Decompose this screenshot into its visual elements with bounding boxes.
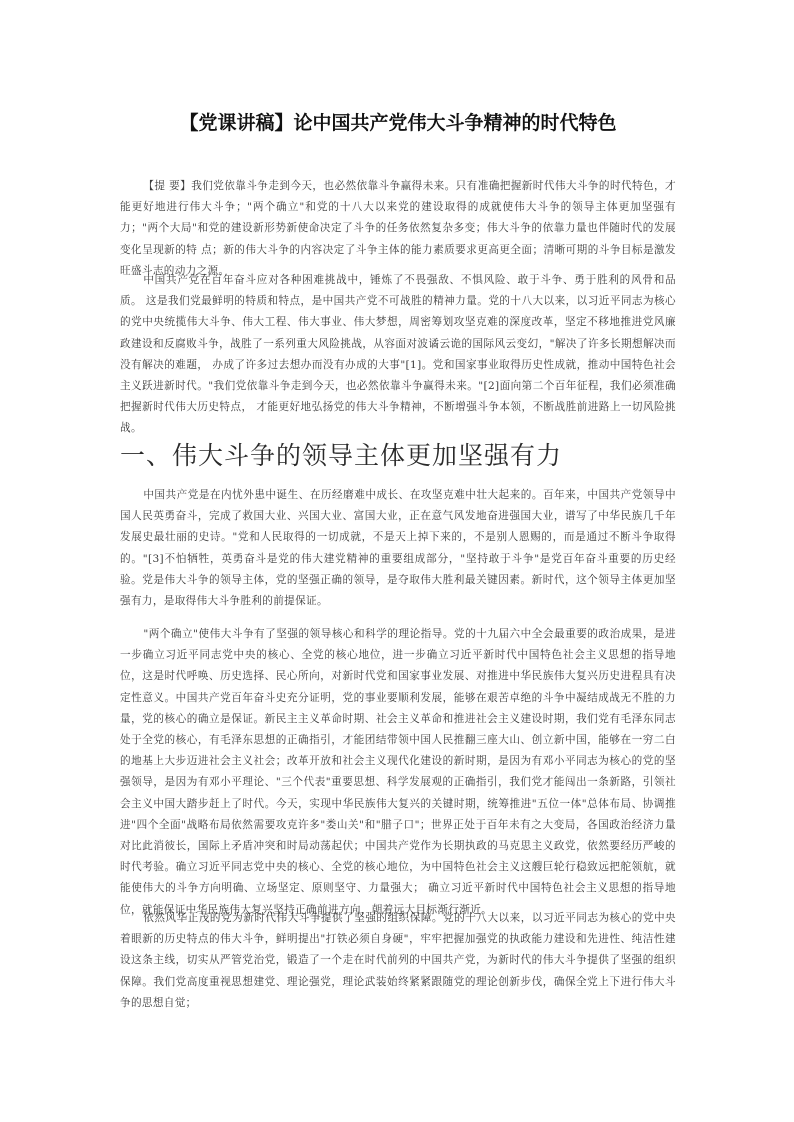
body-paragraph: "两个确立"使伟大斗争有了坚强的领导核心和科学的理论指导。党的十九届六中全会最重… <box>120 624 676 921</box>
section-heading: 一、伟大斗争的领导主体更加坚强有力 <box>120 436 562 472</box>
body-paragraph: 依然风华正茂的党为新时代伟大斗争提供了坚强的组织保障。党的十八大以来，以习近平同… <box>120 908 676 1014</box>
abstract-text: 我们党依靠斗争走到今天，也必然依靠斗争赢得未来。只有准确把握新时代伟大斗争的时代… <box>120 180 676 277</box>
intro-paragraph: 中国共产党在百年奋斗应对各种困难挑战中，锤炼了不畏强敌、不惧风险、敢于斗争、勇于… <box>120 270 676 440</box>
abstract-label: 【提 要】 <box>143 180 191 192</box>
body-paragraph: 中国共产党是在内忧外患中诞生、在历经磨难中成长、在攻坚克难中壮大起来的。百年来，… <box>120 485 676 612</box>
abstract-paragraph: 【提 要】我们党依靠斗争走到今天，也必然依靠斗争赢得未来。只有准确把握新时代伟大… <box>120 176 676 282</box>
document-title: 【党课讲稿】论中国共产党伟大斗争精神的时代特色 <box>120 108 676 135</box>
